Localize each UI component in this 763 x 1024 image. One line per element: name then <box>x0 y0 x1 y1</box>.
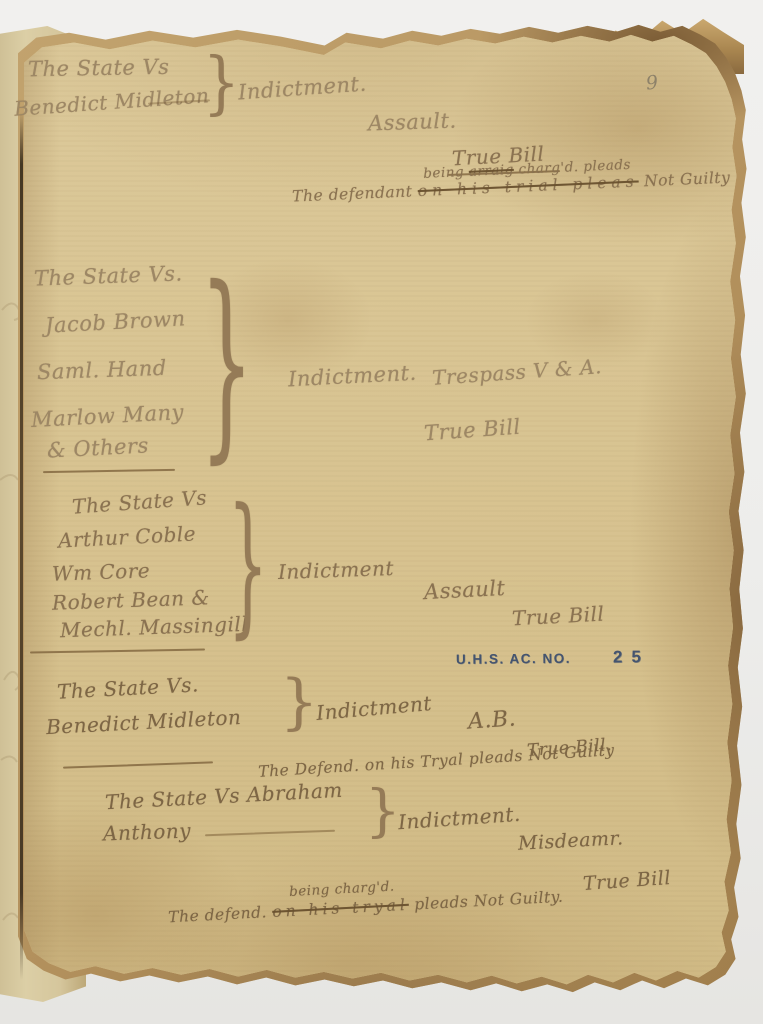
clause-label: Indictment <box>278 556 395 584</box>
charge-label: Misdeamr. <box>517 827 624 854</box>
clause-label: Indictment <box>315 691 433 725</box>
plea-text: The Defend. on his Tryal pleads <box>258 746 529 780</box>
plea-text: pleads Not Guilty. <box>408 888 563 914</box>
plea-text: Not Guilty <box>528 741 615 764</box>
case-brace: } <box>280 672 318 732</box>
plea-line: being arraig charg'd. pleads The defenda… <box>292 168 731 205</box>
defendant-name: Saml. Hand <box>37 356 167 385</box>
accession-stamp: U.H.S. AC. NO. 25 <box>456 647 650 669</box>
defendant-name: Benedict Midleton <box>46 705 242 739</box>
stamp-label: U.H.S. AC. NO. <box>456 651 571 667</box>
case-brace: } <box>365 784 401 840</box>
defendant-name: Robert Bean & <box>52 585 210 614</box>
stamp-number: 25 <box>613 647 650 667</box>
clause-label: Indictment. <box>397 802 521 835</box>
entry-separator-line <box>63 761 213 768</box>
plea-line: The Defend. on his Tryal pleads Not Guil… <box>258 741 615 781</box>
case-title: The State Vs. <box>56 672 199 703</box>
plea-text: The defend. <box>168 903 273 926</box>
verdict-label: True Bill <box>423 415 521 446</box>
defendant-name: Mechl. Massingill <box>60 612 249 643</box>
defendant-name: Marlow Many <box>30 400 184 432</box>
case-brace: } <box>200 262 253 466</box>
scanned-docket-page: 9 The State Vs Benedict Midleton } Indic… <box>0 0 763 1024</box>
charge-label: Trespass V & A. <box>431 354 602 390</box>
case-title: The State Vs <box>71 485 207 518</box>
entry-separator-line <box>43 469 175 473</box>
case-title: The State Vs. <box>34 261 183 290</box>
charge-label: Assault. <box>368 108 457 135</box>
plea-line: being charg'd. The defend. on his tryal … <box>168 888 564 927</box>
defendant-name: Arthur Coble <box>57 521 196 552</box>
filler-dash <box>205 830 335 837</box>
case-brace: } <box>203 50 240 118</box>
clause-label: Indictment. <box>237 72 367 105</box>
verdict-label: True Bill <box>582 867 671 895</box>
handwriting-layer: 9 The State Vs Benedict Midleton } Indic… <box>0 0 763 1024</box>
charge-label: Assault <box>423 576 506 604</box>
clause-label: Indictment. <box>287 361 417 392</box>
plea-text-struck: arraig <box>469 162 515 180</box>
entry-separator-line <box>30 648 205 653</box>
defendant-name: Anthony <box>103 818 192 845</box>
charge-label: A.B. <box>467 706 517 734</box>
plea-text: Not Guilty <box>638 168 730 190</box>
defendant-name: Jacob Brown <box>44 306 186 337</box>
case-title: The State Vs <box>28 55 170 81</box>
plea-text: being <box>423 164 469 182</box>
page-number: 9 <box>645 71 660 94</box>
plea-text: The defendant <box>292 182 418 205</box>
case-title: The State Vs Abraham <box>105 778 344 814</box>
defendant-name: & Others <box>46 433 149 462</box>
verdict-label: True Bill <box>511 602 605 631</box>
case-brace: } <box>228 490 268 642</box>
defendant-name: Wm Core <box>52 558 151 585</box>
